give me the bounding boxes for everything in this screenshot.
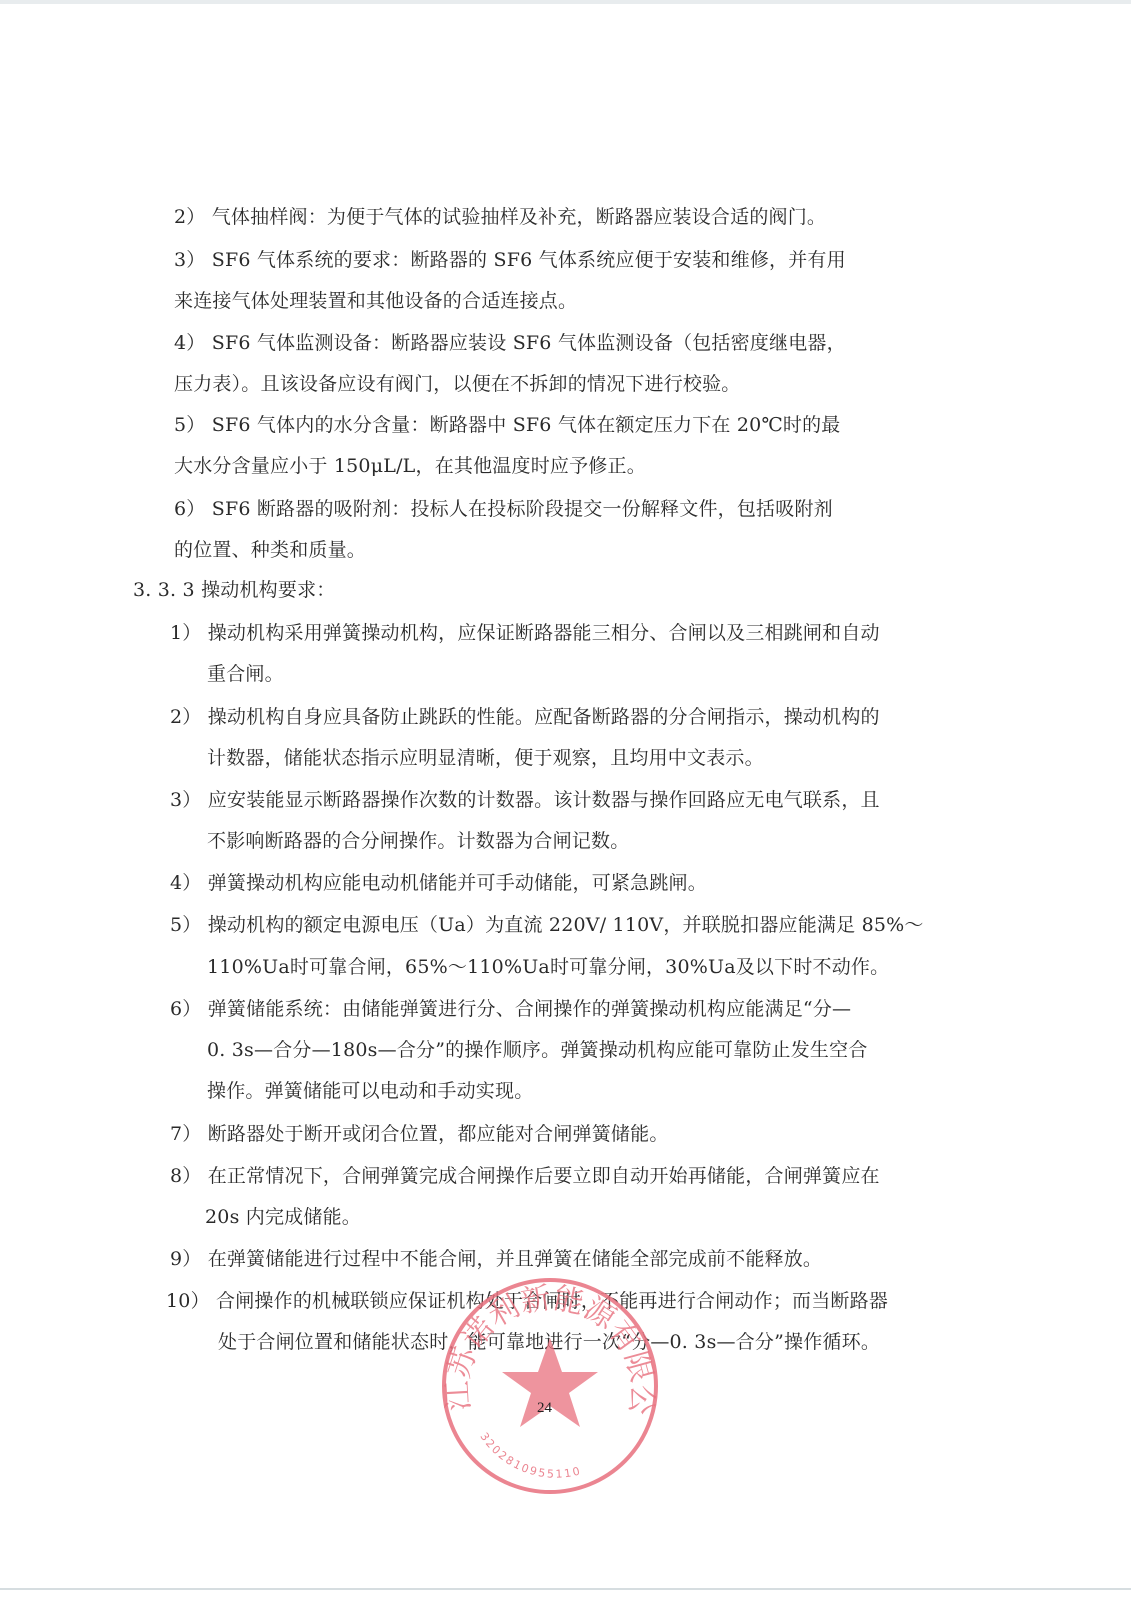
text-line: 10） 合闸操作的机械联锁应保证机构处于合闸时，不能再进行合闸动作；而当断路器 [166,1289,888,1313]
section-heading: 3. 3. 3 操动机构要求： [133,578,335,602]
text-line: 20s 内完成储能。 [205,1205,361,1229]
text-line: 3） 应安装能显示断路器操作次数的计数器。该计数器与操作回路应无电气联系，且 [170,788,880,812]
text-line: 6） SF6 断路器的吸附剂：投标人在投标阶段提交一份解释文件，包括吸附剂 [174,497,833,521]
text-line: 不影响断路器的合分闸操作。计数器为合闸记数。 [207,829,629,853]
text-line: 9） 在弹簧储能进行过程中不能合闸，并且弹簧在储能全部完成前不能释放。 [170,1247,822,1271]
stamp-code: 3202810955110 [477,1430,583,1481]
text-line: 大水分含量应小于 150μL/L，在其他温度时应予修正。 [174,454,646,478]
text-line: 5） SF6 气体内的水分含量：断路器中 SF6 气体在额定压力下在 20℃时的… [174,413,841,437]
page-number: 24 [537,1400,552,1417]
text-line: 3） SF6 气体系统的要求：断路器的 SF6 气体系统应便于安装和维修，并有用 [174,248,846,272]
text-line: 6） 弹簧储能系统：由储能弹簧进行分、合闸操作的弹簧操动机构应能满足“分— [170,997,851,1021]
text-line: 2） 气体抽样阀：为便于气体的试验抽样及补充，断路器应装设合适的阀门。 [174,205,826,229]
text-line: 0. 3s—合分—180s—合分”的操作顺序。弹簧操动机构应能可靠防止发生空合 [207,1038,868,1062]
text-line: 110%Ua时可靠合闸，65%～110%Ua时可靠分闸，30%Ua及以下时不动作… [207,955,889,979]
text-line: 5） 操动机构的额定电源电压（Ua）为直流 220V/ 110V，并联脱扣器应能… [170,913,924,937]
text-line: 7） 断路器处于断开或闭合位置，都应能对合闸弹簧储能。 [170,1122,669,1146]
scan-bottom-edge [0,1588,1131,1590]
scan-top-edge [0,0,1131,4]
text-line: 8） 在正常情况下，合闸弹簧完成合闸操作后要立即自动开始再储能，合闸弹簧应在 [170,1164,880,1188]
text-line: 来连接气体处理装置和其他设备的合适连接点。 [174,289,577,313]
text-line: 4） 弹簧操动机构应能电动机储能并可手动储能，可紧急跳闸。 [170,871,707,895]
text-line: 压力表）。且该设备应设有阀门，以便在不拆卸的情况下进行校验。 [174,372,741,396]
text-line: 4） SF6 气体监测设备：断路器应装设 SF6 气体监测设备（包括密度继电器， [174,331,846,355]
text-line: 2） 操动机构自身应具备防止跳跃的性能。应配备断路器的分合闸指示，操动机构的 [170,705,880,729]
text-line: 1） 操动机构采用弹簧操动机构，应保证断路器能三相分、合闸以及三相跳闸和自动 [170,621,880,645]
text-line: 处于合闸位置和储能状态时，能可靠地进行一次“分—0. 3s—合分”操作循环。 [218,1330,880,1354]
svg-text:3202810955110: 3202810955110 [477,1430,583,1481]
text-line: 计数器，储能状态指示应明显清晰，便于观察，且均用中文表示。 [207,746,764,770]
text-line: 操作。弹簧储能可以电动和手动实现。 [207,1079,533,1103]
text-line: 重合闸。 [207,662,284,686]
text-line: 的位置、种类和质量。 [174,538,366,562]
